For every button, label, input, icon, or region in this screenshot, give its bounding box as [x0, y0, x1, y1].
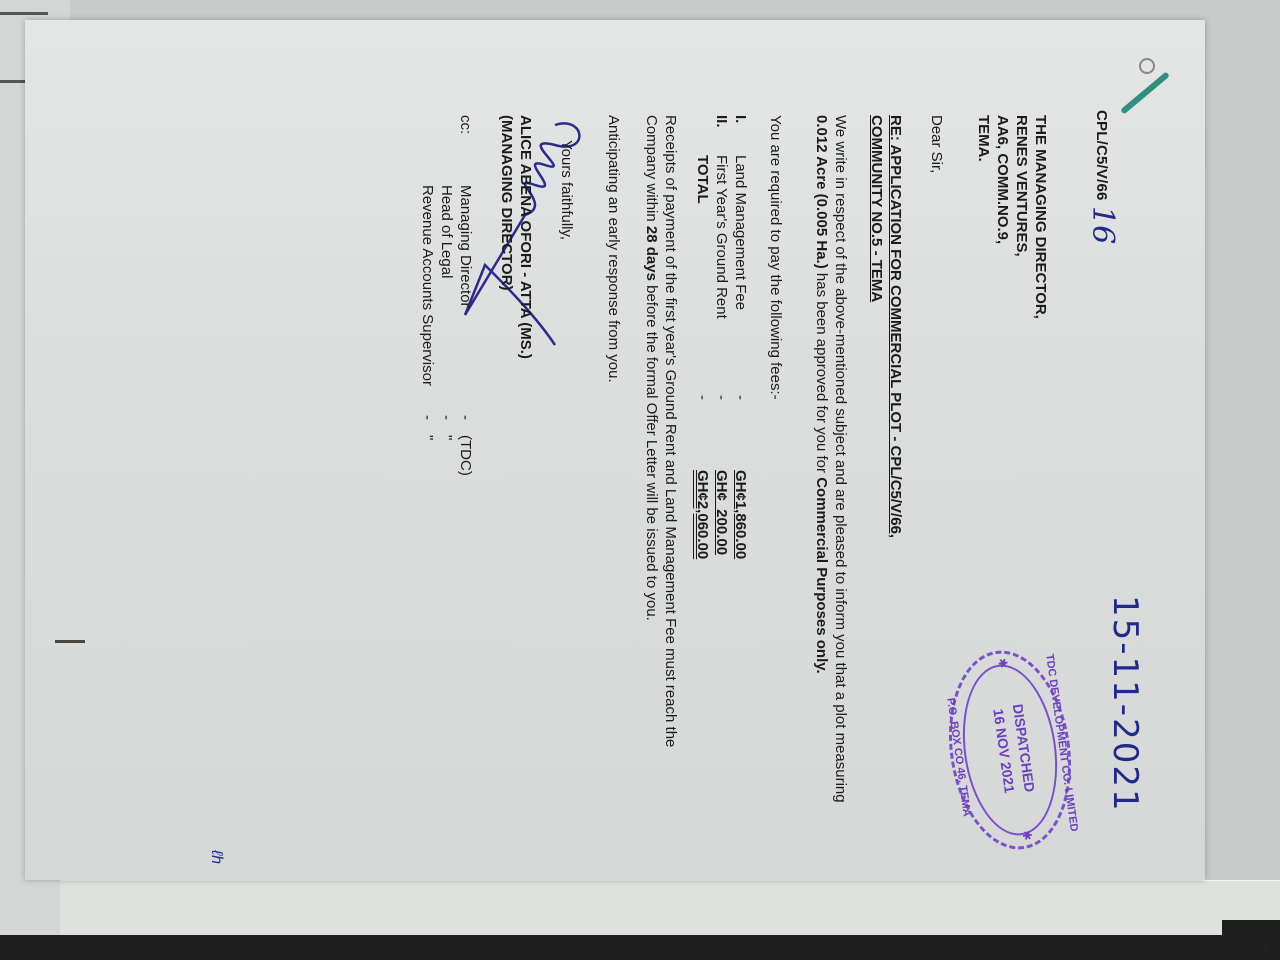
- fee-label: TOTAL: [693, 155, 712, 395]
- address-line: RENES VENTURES,: [1012, 115, 1031, 319]
- address-line: THE MANAGING DIRECTOR,: [1031, 115, 1050, 319]
- letter-sheet: CPL/C5/V/66 16 15-11-2021 TDC DEVELOPMEN…: [25, 20, 1205, 880]
- valediction: Yours faithfully,: [558, 140, 575, 240]
- fee-separator: -: [693, 395, 712, 470]
- cc-separator: -: [456, 415, 475, 435]
- fee-total-row: TOTAL - GH¢2,060.00: [693, 115, 712, 590]
- approval-paragraph: We write in respect of the above-mention…: [812, 115, 850, 815]
- dispatched-stamp: TDC DEVELOPMENT CO. LIMITED ✱ DISPATCHED…: [937, 643, 1084, 858]
- text: We write in respect of the above-mention…: [832, 115, 849, 803]
- cc-name: Managing Director: [456, 185, 475, 415]
- fee-row: I. Land Management Fee - GH¢1,860.00: [731, 115, 750, 590]
- subject-line: COMMUNITY NO.5 - TEMA: [867, 115, 886, 755]
- plot-size: 0.012 Acre (0.005 Ha.): [813, 115, 830, 269]
- signer-title: (MANAGING DIRECTOR): [497, 115, 516, 359]
- text: has been approved for you for: [813, 269, 830, 477]
- fee-amount: GH¢1,860.00: [731, 470, 750, 590]
- fee-separator: -: [731, 395, 750, 470]
- cc-separator: -: [418, 415, 437, 435]
- cc-label: [437, 115, 456, 185]
- salutation: Dear Sir,: [928, 115, 945, 173]
- fee-total-amount: GH¢2,060.00: [693, 470, 712, 590]
- subject-line: RE: APPLICATION FOR COMMERCIAL PLOT - CP…: [886, 115, 905, 755]
- fee-number: I.: [731, 115, 750, 155]
- cc-row: Head of Legal - ": [437, 115, 456, 476]
- signer-name: ALICE ABENA OFORI - ATTA (MS.): [516, 115, 535, 359]
- binding-string: [1120, 71, 1170, 114]
- cc-name: Revenue Accounts Supervisor: [418, 185, 437, 415]
- payment-deadline-paragraph: Receipts of payment of the first year's …: [642, 115, 680, 815]
- cc-org: (TDC): [456, 435, 475, 476]
- fees-intro: You are required to pay the following fe…: [766, 115, 785, 815]
- cc-row: Revenue Accounts Supervisor - ": [418, 115, 437, 476]
- fee-row: II. First Year's Ground Rent - GH¢ 200.0…: [712, 115, 731, 590]
- leather-surface: [0, 935, 1280, 960]
- cc-org: ": [418, 435, 437, 440]
- address-line: TEMA.: [974, 115, 993, 319]
- recipient-address: THE MANAGING DIRECTOR, RENES VENTURES, A…: [974, 115, 1050, 319]
- reference-number: CPL/C5/V/66: [1093, 110, 1110, 201]
- handwritten-date: 15-11-2021: [1105, 595, 1145, 813]
- cc-name: Head of Legal: [437, 185, 456, 415]
- fee-number: [693, 115, 712, 155]
- cc-separator: -: [437, 415, 456, 435]
- fee-amount: GH¢ 200.00: [712, 470, 731, 590]
- cc-label: [418, 115, 437, 185]
- fee-number: II.: [712, 115, 731, 155]
- fees-table: I. Land Management Fee - GH¢1,860.00 II.…: [693, 115, 750, 590]
- fee-separator: -: [712, 395, 731, 470]
- signer-block: ALICE ABENA OFORI - ATTA (MS.) (MANAGING…: [497, 115, 535, 359]
- fee-label: Land Management Fee: [731, 155, 750, 395]
- cc-org: ": [437, 435, 456, 440]
- handwritten-initials: ℓh: [207, 850, 225, 864]
- underlying-paper-strip: [60, 880, 1280, 936]
- cc-row: cc: Managing Director - (TDC): [456, 115, 475, 476]
- cc-list: cc: Managing Director - (TDC) Head of Le…: [418, 115, 475, 476]
- address-line: AA6, COMM.NO.9,: [993, 115, 1012, 319]
- star-icon: ✱: [1019, 829, 1034, 841]
- cc-label: cc:: [456, 115, 475, 185]
- text: before the formal Offer Letter will be i…: [643, 281, 660, 621]
- closing-paragraph: Anticipating an early response from you.: [604, 115, 623, 815]
- background-line: [0, 12, 48, 15]
- edge-mark: [55, 640, 85, 643]
- deadline: 28 days: [643, 226, 660, 281]
- punch-hole: [1139, 58, 1155, 74]
- handwritten-reference-suffix: 16: [1085, 206, 1120, 244]
- plot-purpose: Commercial Purposes only.: [813, 477, 830, 673]
- subject-heading: RE: APPLICATION FOR COMMERCIAL PLOT - CP…: [867, 115, 905, 755]
- fee-label: First Year's Ground Rent: [712, 155, 731, 395]
- corner-letter: T.: [1262, 940, 1273, 956]
